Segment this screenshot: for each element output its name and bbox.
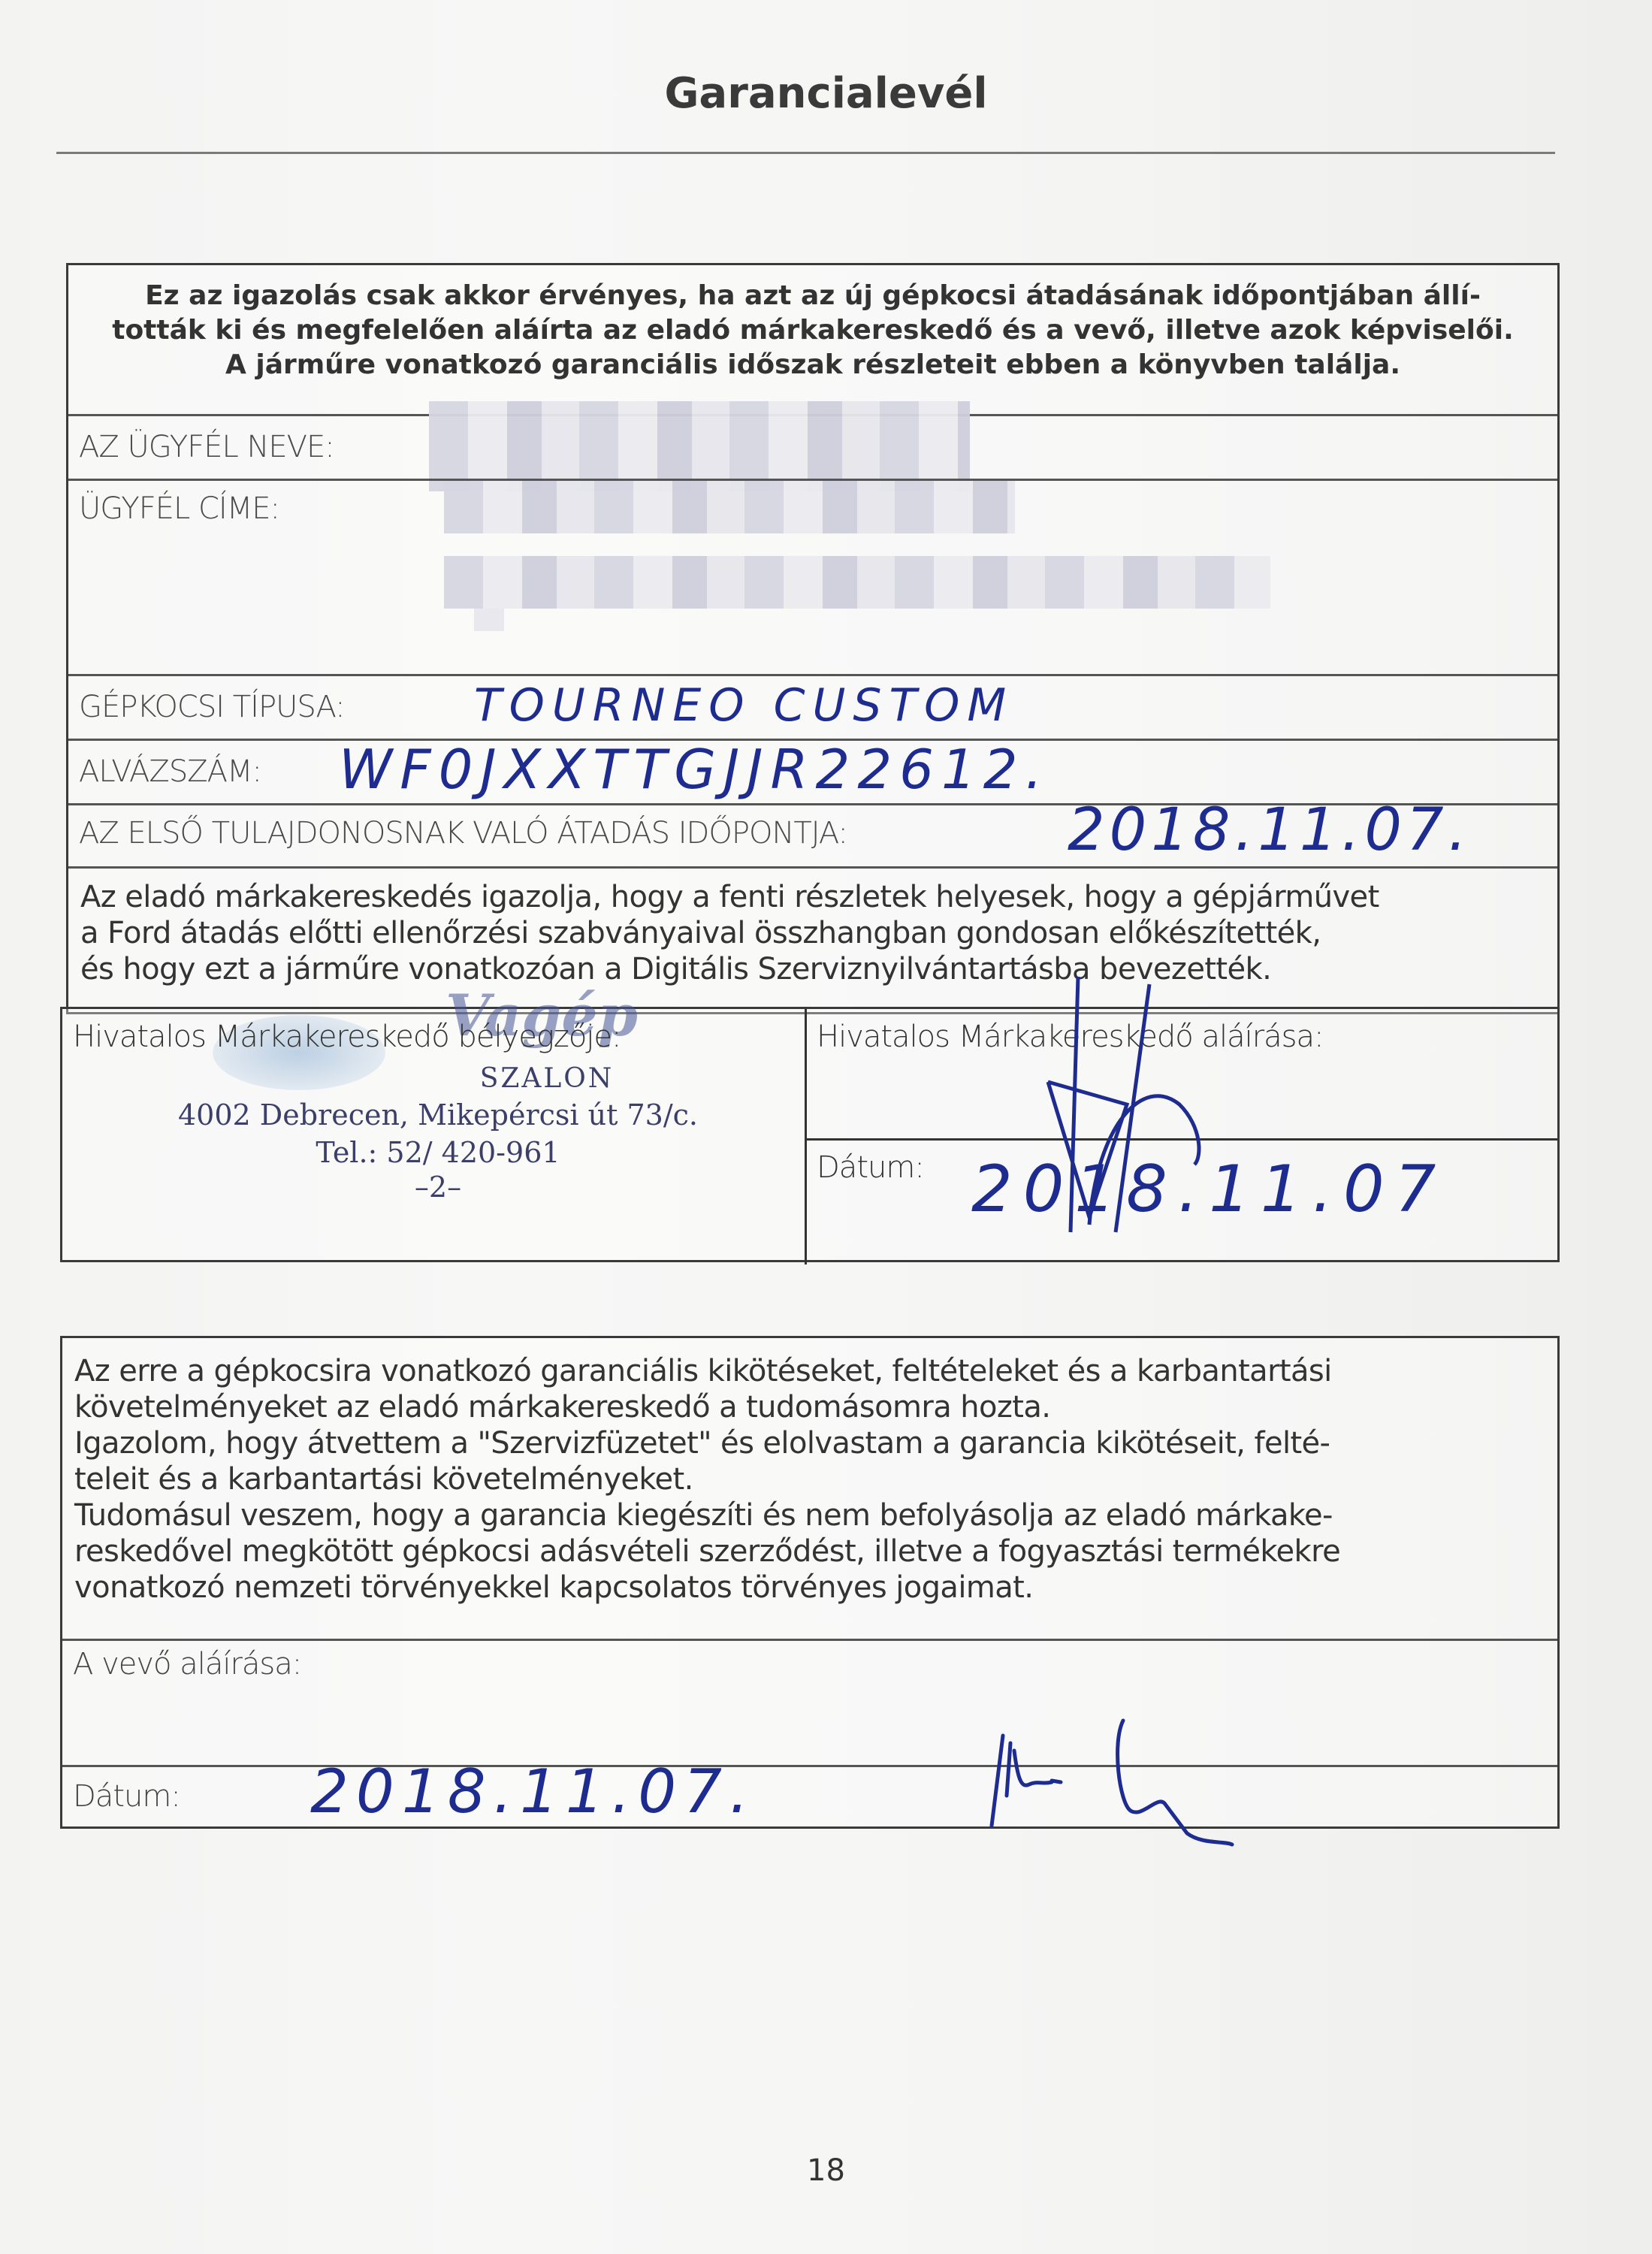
buyer-date-value: 2018.11.07. (310, 1757, 756, 1826)
warranty-form: Ez az igazolás csak akkor érvényes, ha a… (66, 263, 1560, 1014)
dealer-date-label: Dátum: (817, 1150, 924, 1185)
customer-name-redacted (429, 401, 970, 491)
vehicle-type-label: GÉPKOCSI TÍPUSA: (79, 690, 345, 724)
customer-name-row: AZ ÜGYFÉL NEVE: (68, 414, 1557, 479)
dealer-stamp: SZALON 4002 Debrecen, Mikepércsi út 73/c… (62, 1063, 769, 1204)
acknowledgement-line: követelményeket az eladó márkakereskedő … (74, 1389, 1545, 1425)
vin-row: ALVÁZSZÁM: WF0JXXTTGJJR22612. (68, 739, 1557, 803)
handover-date-value: 2018.11.07. (1068, 796, 1471, 864)
customer-name-label: AZ ÜGYFÉL NEVE: (79, 430, 334, 464)
customer-address-redacted-2 (444, 556, 1270, 609)
warranty-page: Garancialevél Ez az igazolás csak akkor … (0, 0, 1652, 2254)
handover-date-row: AZ ELSŐ TULAJDONOSNAK VALÓ ÁTADÁS IDŐPON… (68, 803, 1557, 866)
notice-line: A járműre vonatkozó garanciális időszak … (85, 348, 1541, 382)
customer-address-row: ÜGYFÉL CÍME: (68, 479, 1557, 674)
vin-label: ALVÁZSZÁM: (79, 754, 261, 789)
confirmation-line: a Ford átadás előtti ellenőrzési szabván… (80, 915, 1545, 951)
stamp-line-1: SZALON (62, 1063, 769, 1094)
confirmation-line: és hogy ezt a járműre vonatkozóan a Digi… (80, 951, 1545, 987)
dealer-signature (977, 977, 1277, 1247)
acknowledgement-line: Tudomásul veszem, hogy a garancia kiegés… (74, 1497, 1545, 1533)
buyer-signature (977, 1698, 1397, 1848)
title-divider (56, 152, 1555, 154)
dealer-stamp-label: Hivatalos Márkakereskedő bélyegzője: (73, 1020, 621, 1054)
vin-value: WF0JXXTTGJJR22612. (339, 738, 1049, 801)
column-divider (805, 1009, 807, 1264)
acknowledgement-line: teleit és a karbantartási követelményeke… (74, 1461, 1545, 1497)
dealer-confirmation-row: Az eladó márkakereskedés igazolja, hogy … (68, 866, 1557, 1017)
stamp-line-4: –2– (62, 1171, 769, 1204)
acknowledgement-text-row: Az erre a gépkocsira vonatkozó garanciál… (62, 1338, 1557, 1639)
customer-address-label: ÜGYFÉL CÍME: (79, 491, 279, 526)
customer-address-redacted-3 (474, 609, 504, 631)
acknowledgement-line: Az erre a gépkocsira vonatkozó garanciál… (74, 1353, 1545, 1389)
buyer-date-label: Dátum: (73, 1779, 180, 1814)
notice-line: Ez az igazolás csak akkor érvényes, ha a… (85, 279, 1541, 313)
acknowledgement-line: reskedővel megkötött gépkocsi adásvételi… (74, 1533, 1545, 1570)
acknowledgement-line: vonatkozó nemzeti törvényekkel kapcsolat… (74, 1570, 1545, 1606)
stamp-line-2: 4002 Debrecen, Mikepércsi út 73/c. (62, 1098, 769, 1132)
page-title: Garancialevél (0, 69, 1652, 118)
handover-date-label: AZ ELSŐ TULAJDONOSNAK VALÓ ÁTADÁS IDŐPON… (79, 816, 847, 851)
dealer-signature-block: Vagép Hivatalos Márkakereskedő bélyegzőj… (60, 1007, 1560, 1262)
stamp-line-3: Tel.: 52/ 420-961 (62, 1136, 769, 1169)
vehicle-type-row: GÉPKOCSI TÍPUSA: TOURNEO CUSTOM (68, 674, 1557, 739)
buyer-signature-label: A vevő aláírása: (73, 1647, 301, 1681)
validity-notice: Ez az igazolás csak akkor érvényes, ha a… (68, 265, 1557, 414)
notice-line: tották ki és megfelelően aláírta az elad… (85, 313, 1541, 348)
customer-address-redacted-1 (444, 481, 1015, 533)
vehicle-type-value: TOURNEO CUSTOM (474, 679, 1013, 732)
page-number: 18 (0, 2153, 1652, 2188)
confirmation-line: Az eladó márkakereskedés igazolja, hogy … (80, 879, 1545, 915)
acknowledgement-line: Igazolom, hogy átvettem a "Szervizfüzete… (74, 1425, 1545, 1461)
